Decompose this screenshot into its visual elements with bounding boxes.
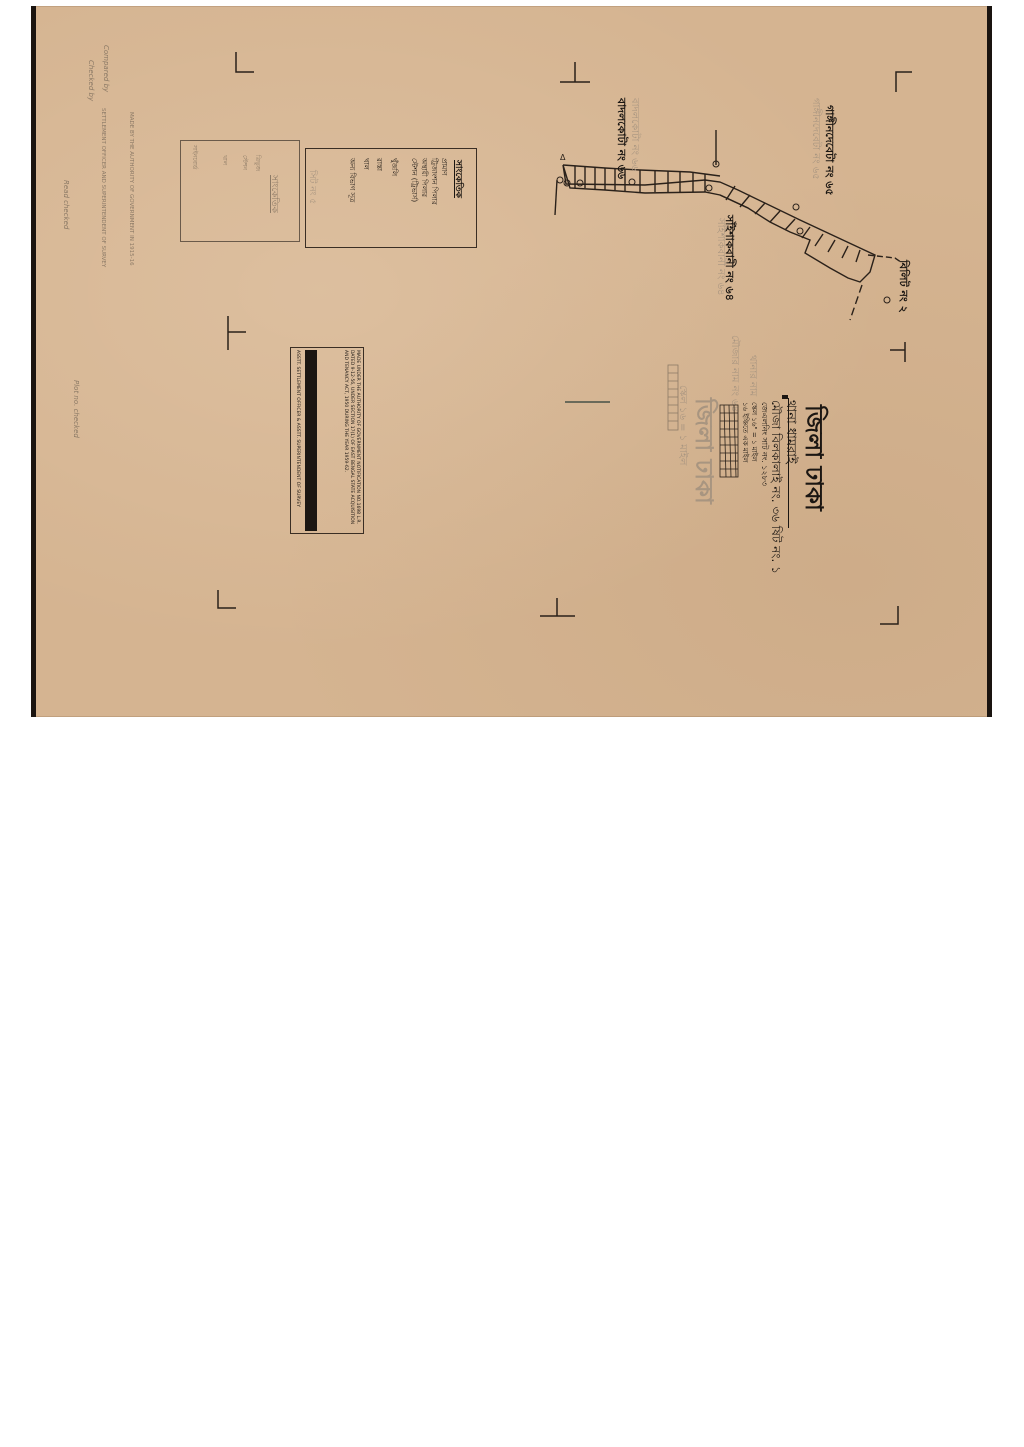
- faded-scale-grid: [668, 365, 688, 435]
- stamp-footer: ASSTT. SETTLEMENT OFFICER & ASSTT. SUPER…: [295, 350, 300, 507]
- legend-2-title: সাংকেতিক: [267, 175, 282, 213]
- stamp-line-3: AND TENANCY ACT, 1950 DURING THE YEAR 19…: [343, 350, 348, 472]
- officer-text: SETTLEMENT OFFICER AND SUPERINTENDENT OF…: [100, 108, 106, 267]
- handwritten-note: Read checked: [62, 180, 70, 229]
- legend-2-row: খাল: [219, 155, 230, 165]
- stamp-line-1: MADE UNDER THE AUTHORITY OF GOVERNMENT N…: [355, 350, 360, 524]
- adjacent-mouza-faded-1: বাদলকোটা নং ৬৬: [625, 98, 642, 171]
- legend-row: খাল: [360, 158, 372, 170]
- handwritten-note: Compared by: [102, 45, 110, 92]
- legend-2-row: সাইনবোর্ড: [189, 145, 200, 169]
- handwritten-note: Plot no. checked: [72, 380, 80, 438]
- legend-footer: সিট নং ৫: [305, 170, 320, 204]
- handwritten-note: Checked by: [87, 60, 95, 101]
- legend-row: স্টেশন (ট্রিভার্স): [408, 158, 420, 202]
- legend-2-row: ত্রিভুজ: [252, 155, 263, 171]
- parcel-strip: Δ: [0, 0, 1024, 720]
- stamp-bar: [305, 350, 317, 531]
- legend-row: খুঁজলি: [388, 158, 400, 176]
- faded-mouza: মৌজার নাম নং ৬৪: [725, 335, 742, 412]
- ornament-divider: [565, 401, 610, 403]
- authority-text: MADE BY THE AUTHORITY OF GOVERNMENT IN 1…: [128, 112, 134, 266]
- adjacent-mouza-faded-3: সাঁইশাকবানী নং ৬৪: [711, 218, 728, 295]
- title-rule: [788, 398, 793, 528]
- legend-2-row: স্টেশন: [239, 155, 250, 170]
- adjacent-mouza-faded-2: গাঙ্গীনদেবেটা নং ৬৫: [806, 98, 823, 180]
- triangle-station-icon: Δ: [560, 153, 566, 162]
- adjacent-mouza-label-4: বিলিট নং ২: [893, 260, 912, 313]
- scale-bar-grid: [720, 405, 760, 485]
- faded-thana: থানার নাম: [743, 355, 760, 396]
- stamp-line-2: DATED 9-12-56, UNDER SECTION 17(1) OF EA…: [349, 350, 354, 524]
- legend-row: রাস্তা: [373, 158, 385, 171]
- legend-row: অন্য বিভাগ সূত্র: [346, 158, 358, 202]
- legend-title: সাংকেতিক: [451, 160, 466, 198]
